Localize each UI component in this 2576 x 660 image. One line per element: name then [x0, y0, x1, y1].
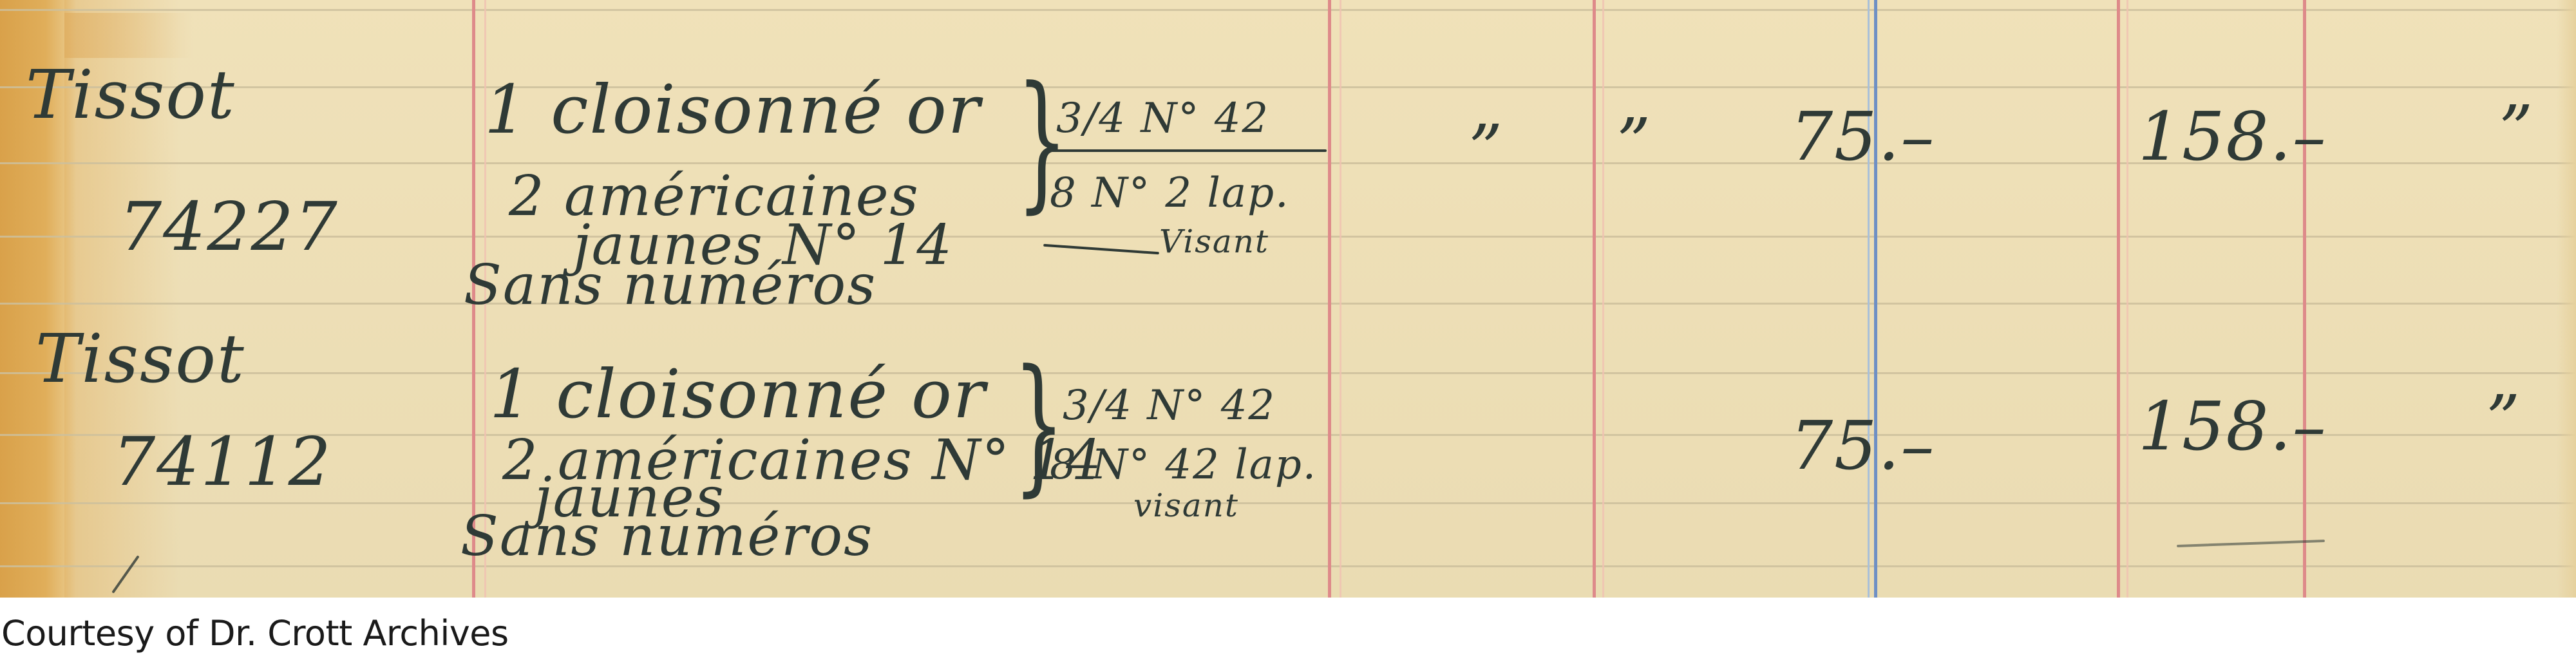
description-line: 1 cloisonné or — [484, 76, 981, 143]
ruled-line — [0, 236, 2576, 238]
ditto-mark: ” — [1468, 116, 1504, 183]
ditto-mark: ” — [1616, 109, 1652, 176]
maker-name: Tissot — [35, 325, 245, 392]
ditto-mark: ” — [2499, 97, 2534, 164]
description-line: Sans numéros — [464, 258, 876, 313]
description-line: Sans numéros — [460, 509, 873, 564]
total: 158.– — [2138, 103, 2327, 170]
ruled-line — [0, 502, 2576, 504]
photo-credit: Courtesy of Dr. Crott Archives — [1, 613, 509, 654]
spec-line: 8 N° 2 lap. — [1050, 173, 1289, 214]
spec-line: Visant — [1159, 225, 1269, 258]
column-rule-blue — [1874, 0, 1877, 598]
price: 75.– — [1790, 103, 1935, 170]
serial-number: 74112 — [113, 428, 332, 495]
description-line: 1 cloisonné or — [489, 361, 987, 428]
serial-number: 74227 — [119, 193, 339, 260]
ruled-line — [0, 372, 2576, 374]
spec-line: 3/4 N° 42 — [1063, 385, 1276, 426]
price: 75.– — [1790, 412, 1935, 479]
spec-line: 8 N° 42 lap. — [1050, 444, 1317, 486]
ruled-line — [0, 9, 2576, 11]
ruled-line — [0, 565, 2576, 567]
ledger-photo: Tissot 74227 1 cloisonné or 2 américaine… — [0, 0, 2576, 598]
maker-name: Tissot — [26, 61, 236, 128]
ruled-line — [0, 86, 2576, 88]
column-rule — [1328, 0, 1331, 598]
column-rule — [2303, 0, 2306, 598]
ditto-mark: ” — [2486, 386, 2521, 453]
total: 158.– — [2138, 393, 2327, 460]
ruled-line — [0, 303, 2576, 305]
spec-line: visant — [1133, 489, 1239, 522]
column-rule — [2117, 0, 2120, 598]
spec-line: 3/4 N° 42 — [1056, 98, 1269, 139]
column-rule — [1593, 0, 1596, 598]
